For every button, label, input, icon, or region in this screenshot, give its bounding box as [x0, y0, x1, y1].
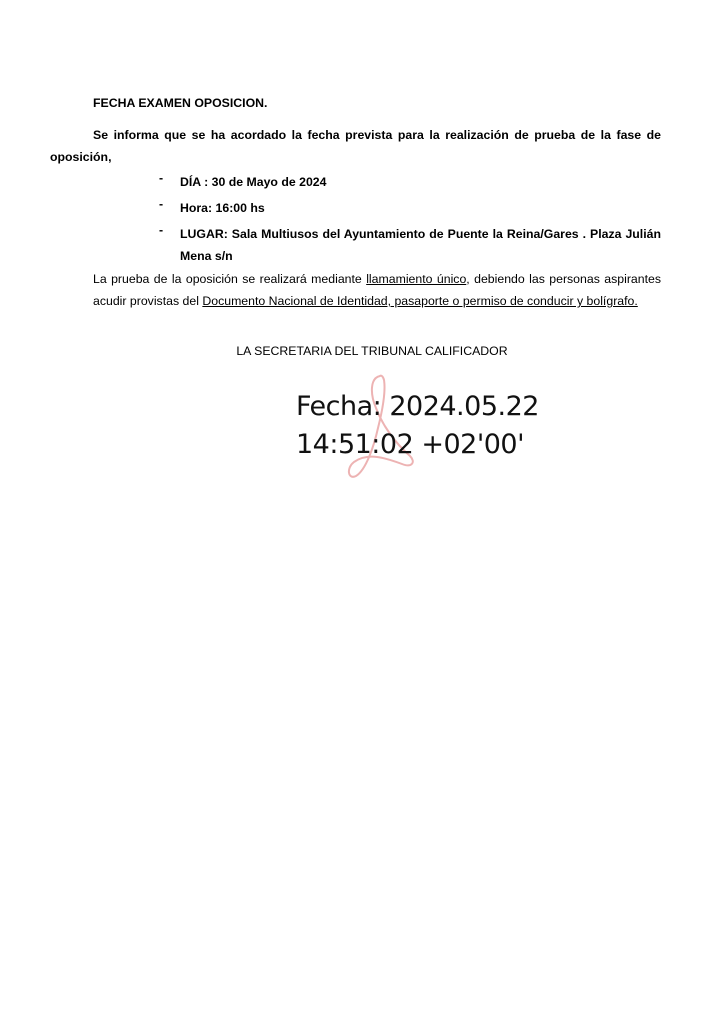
digital-signature-stamp: Fecha: 2024.05.22 14:51:02 +02'00': [296, 388, 539, 464]
document-page: FECHA EXAMEN OPOSICION. Se informa que s…: [0, 0, 724, 1024]
document-title: FECHA EXAMEN OPOSICION.: [93, 96, 267, 110]
signer-title: LA SECRETARIA DEL TRIBUNAL CALIFICADOR: [0, 344, 724, 358]
exam-time: Hora: 16:00 hs: [180, 197, 661, 219]
bullet-dash: -: [159, 197, 163, 211]
signature-time: 14:51:02 +02'00': [296, 426, 539, 464]
single-call-text: llamamiento único: [366, 272, 466, 286]
bullet-dash: -: [159, 171, 163, 185]
body-text-1: La prueba de la oposición se realizará m…: [93, 272, 366, 286]
bullet-dash: -: [159, 223, 163, 237]
intro-paragraph: Se informa que se ha acordado la fecha p…: [50, 124, 661, 168]
exam-date: DÍA : 30 de Mayo de 2024: [180, 171, 661, 193]
exam-location: LUGAR: Sala Multiusos del Ayuntamiento d…: [180, 223, 661, 267]
signature-date: Fecha: 2024.05.22: [296, 388, 539, 426]
required-documents-text: Documento Nacional de Identidad, pasapor…: [202, 294, 637, 308]
instructions-paragraph: La prueba de la oposición se realizará m…: [93, 268, 661, 312]
